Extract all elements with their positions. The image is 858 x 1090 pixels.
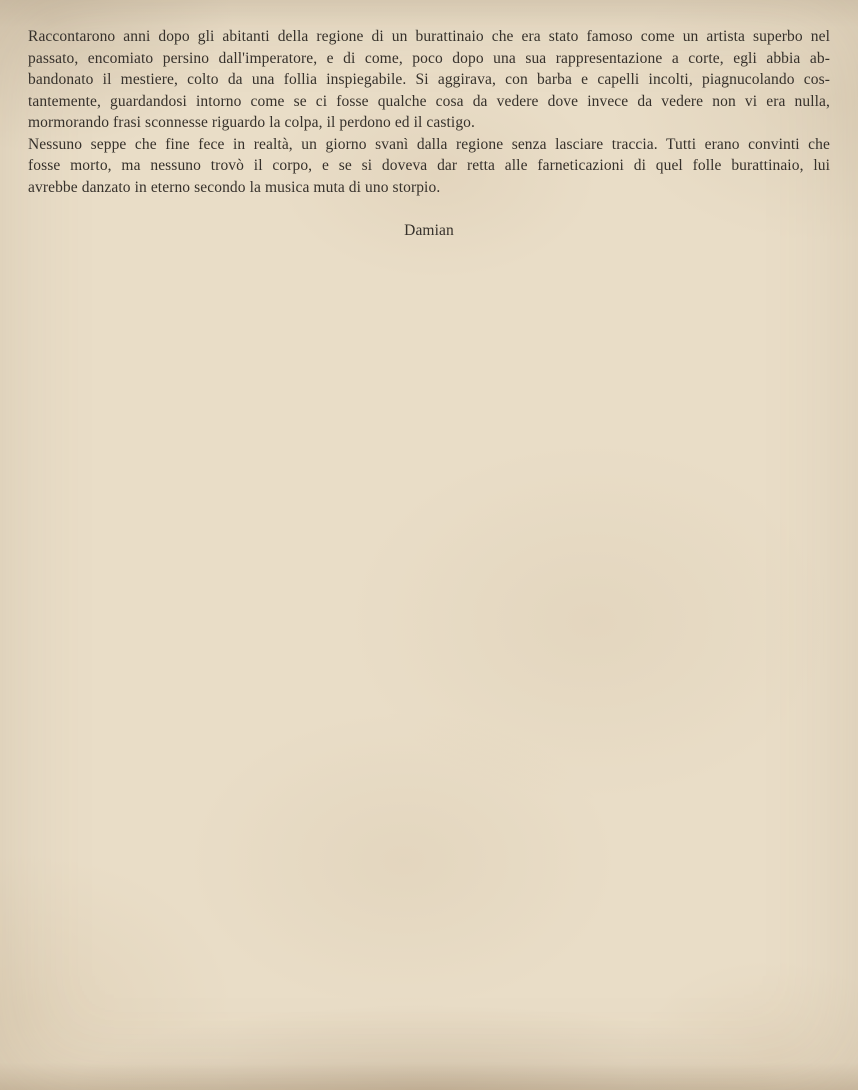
story-line: Raccontarono anni dopo gli abitanti dell…: [28, 26, 830, 48]
story-line: mormorando frasi sconnesse riguardo la c…: [28, 112, 830, 134]
story-line: bandonato il mestiere, colto da una foll…: [28, 69, 830, 91]
parchment-page: Raccontarono anni dopo gli abitanti dell…: [0, 0, 858, 1090]
paragraph: Nessuno seppe che fine fece in realtà, u…: [28, 134, 830, 199]
story-line: passato, encomiato persino dall'imperato…: [28, 48, 830, 70]
story-line: fosse morto, ma nessuno trovò il corpo, …: [28, 155, 830, 177]
signature: Damian: [28, 220, 830, 242]
story-line: tantemente, guardandosi intorno come se …: [28, 91, 830, 113]
story-line: Nessuno seppe che fine fece in realtà, u…: [28, 134, 830, 156]
paragraph: Raccontarono anni dopo gli abitanti dell…: [28, 26, 830, 134]
story-line: avrebbe danzato in eterno secondo la mus…: [28, 177, 830, 199]
story-text: Raccontarono anni dopo gli abitanti dell…: [28, 26, 830, 241]
